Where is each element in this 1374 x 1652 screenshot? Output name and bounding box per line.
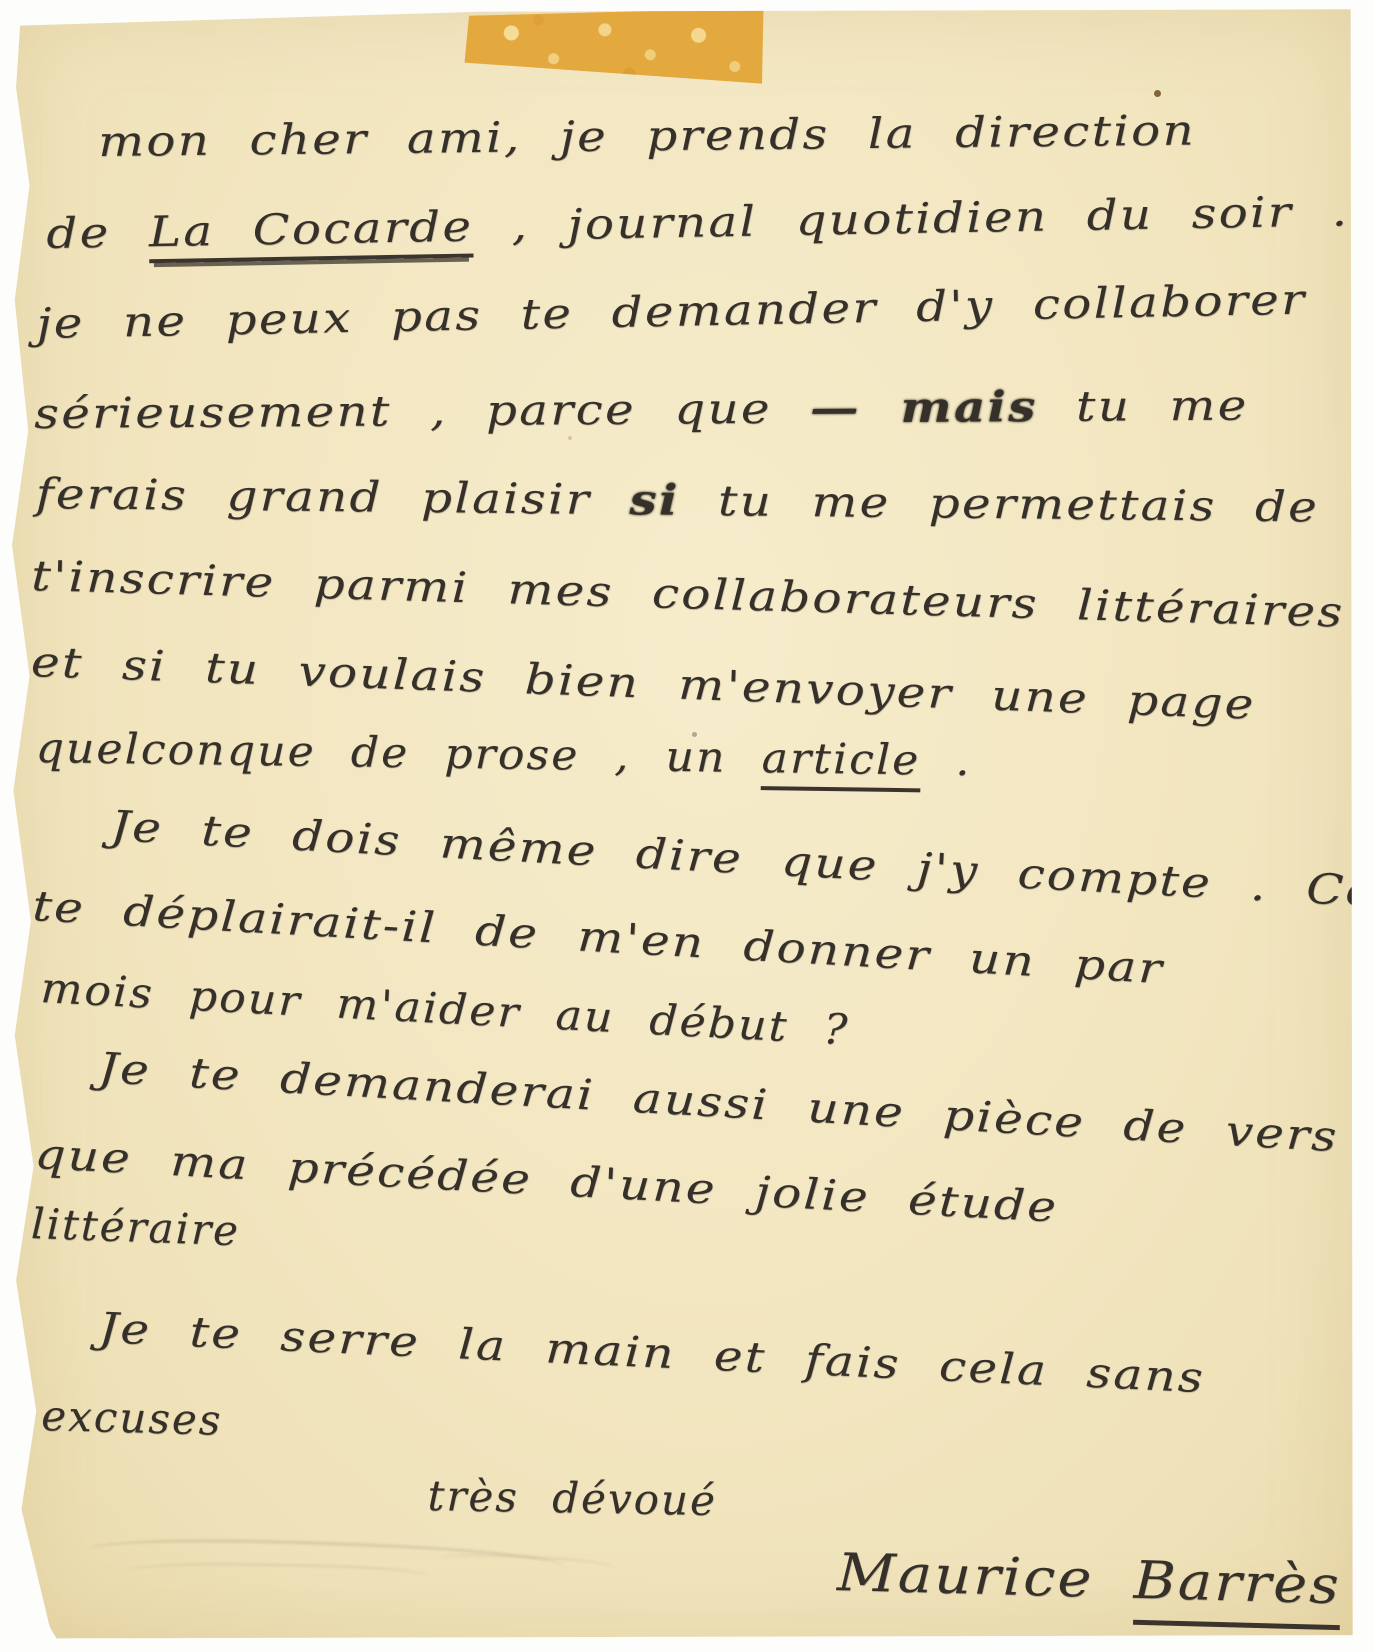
underlined-article: article — [761, 733, 921, 792]
scan-background: mon cher ami, je prends la direction de … — [0, 0, 1374, 1652]
ink-speck — [1154, 90, 1161, 97]
paper-speck — [568, 436, 572, 440]
signature-last-name-underlined: Barrès — [1133, 1551, 1342, 1630]
letter-line-5: ferais grand plaisir si tu me permettais… — [35, 470, 1319, 532]
ink-blotted-dash: — mais — [810, 382, 1038, 433]
closing-line: très dévoué — [427, 1472, 717, 1525]
ink-blotted-word: si — [629, 475, 680, 525]
line5-prefix: ferais grand plaisir — [35, 469, 629, 524]
letter-line-14: littéraire — [30, 1200, 241, 1256]
line8-suffix: . — [920, 735, 972, 785]
letter-line-3: je ne peux pas te demander d'y collabore… — [36, 276, 1307, 349]
underlined-journal-title: La Cocarde — [148, 202, 473, 264]
letter-line-8: quelconque de prose , un article . — [35, 724, 972, 785]
letter-line-4: sérieusement , parce que — mais tu me — [34, 382, 1249, 439]
letter-line-7: et si tu voulais bien m'envoyer une page — [30, 638, 1256, 729]
letter-line-11: mois pour m'aider au début ? — [39, 964, 850, 1055]
letter-line-6: t'inscrire parmi mes collaborateurs litt… — [31, 552, 1374, 639]
line5-suffix: tu me permettais de — [679, 476, 1319, 532]
line4-suffix: tu me — [1038, 381, 1249, 431]
line2-prefix: de — [46, 207, 149, 258]
tape-fragment — [463, 8, 765, 86]
letter-line-1: mon cher ami, je prends la direction — [98, 107, 1196, 167]
signature-first-name: Maurice — [836, 1543, 1134, 1611]
letter-line-15: Je te serre la main et fais cela sans — [98, 1304, 1206, 1402]
line2-suffix: , journal quotidien du soir . — [473, 186, 1350, 250]
ink-speck — [692, 732, 697, 737]
letter-line-16: excuses — [41, 1392, 223, 1445]
letter-line-2: de La Cocarde , journal quotidien du soi… — [46, 187, 1350, 258]
line4-prefix: sérieusement , parce que — [34, 384, 810, 438]
line8-prefix: quelconque de prose , un — [35, 723, 762, 782]
letter-paper: mon cher ami, je prends la direction de … — [8, 6, 1354, 1640]
signature: Maurice Barrès — [836, 1544, 1341, 1617]
